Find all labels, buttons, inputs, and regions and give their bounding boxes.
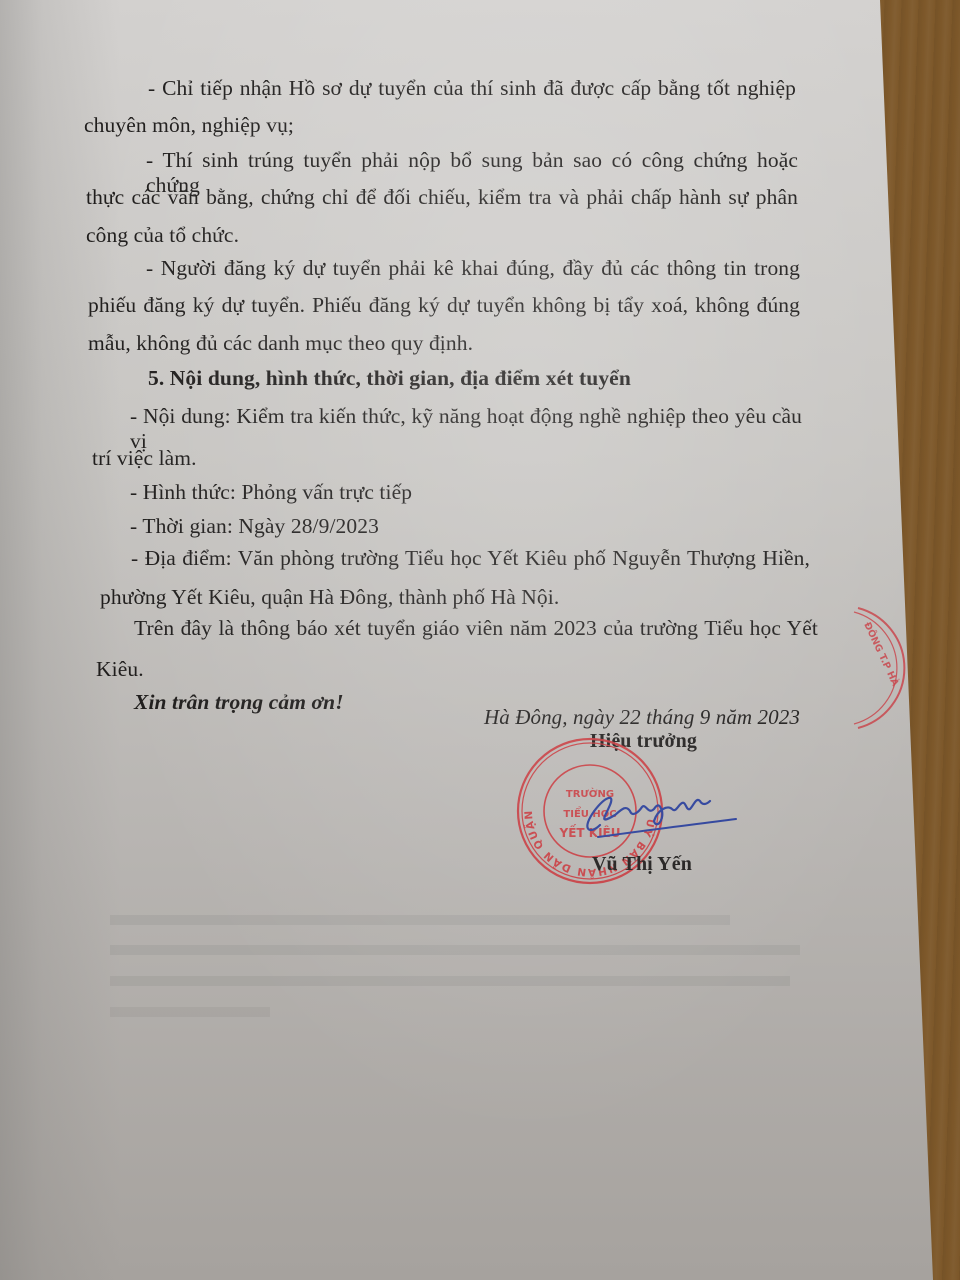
text-line: Trên đây là thông báo xét tuyển giáo viê… bbox=[134, 616, 818, 641]
place-date: Hà Đông, ngày 22 tháng 9 năm 2023 bbox=[484, 705, 800, 730]
text-line: - Thời gian: Ngày 28/9/2023 bbox=[130, 514, 379, 539]
text-line: - Người đăng ký dự tuyển phải kê khai đú… bbox=[146, 256, 800, 281]
document-page: - Chỉ tiếp nhận Hồ sơ dự tuyển của thí s… bbox=[0, 0, 960, 1280]
svg-text:UỶ BAN NHÂN DÂN QUẬN HÀ ĐÔNG -: UỶ BAN NHÂN DÂN QUẬN HÀ ĐÔNG - TP HÀ NỘI… bbox=[516, 737, 657, 879]
text-line: mẫu, không đủ các danh mục theo quy định… bbox=[88, 331, 473, 356]
text-line: thực các văn bằng, chứng chỉ để đối chiế… bbox=[86, 185, 798, 210]
thanks-line: Xin trân trọng cảm ơn! bbox=[134, 690, 344, 715]
text-line: công của tổ chức. bbox=[86, 223, 239, 248]
text-line: - Địa điểm: Văn phòng trường Tiểu học Yế… bbox=[131, 546, 810, 571]
text-line: - Thí sinh trúng tuyển phải nộp bổ sung … bbox=[146, 148, 798, 198]
bleed-through-text bbox=[110, 905, 810, 1028]
section-heading: 5. Nội dung, hình thức, thời gian, địa đ… bbox=[148, 366, 631, 391]
text-line: - Nội dung: Kiểm tra kiến thức, kỹ năng … bbox=[130, 404, 802, 454]
signature-icon bbox=[560, 775, 760, 845]
text-line: Kiêu. bbox=[96, 657, 144, 682]
text-line: chuyên môn, nghiệp vụ; bbox=[84, 113, 294, 138]
official-stamp-icon: UỶ BAN NHÂN DÂN QUẬN HÀ ĐÔNG - TP HÀ NỘI… bbox=[516, 737, 664, 885]
text-line: trí việc làm. bbox=[92, 446, 197, 471]
text-line: phiếu đăng ký dự tuyển. Phiếu đăng ký dự… bbox=[88, 293, 800, 318]
text-line: phường Yết Kiêu, quận Hà Đông, thành phố… bbox=[100, 585, 559, 610]
stamp-center-l1: TRƯỜNG bbox=[566, 787, 614, 800]
stamp-center-l2: TIỂU HỌC bbox=[563, 805, 616, 820]
text-line: - Hình thức: Phỏng vấn trực tiếp bbox=[130, 480, 412, 505]
signer-name: Vũ Thị Yến bbox=[592, 853, 692, 876]
text-line: - Chỉ tiếp nhận Hồ sơ dự tuyển của thí s… bbox=[148, 76, 796, 101]
stamp-center-l3: YẾT KIÊU bbox=[559, 824, 621, 840]
signer-title: Hiệu trưởng bbox=[590, 730, 697, 753]
partial-stamp-text: ĐÔNG T.P HÀ bbox=[861, 620, 901, 688]
